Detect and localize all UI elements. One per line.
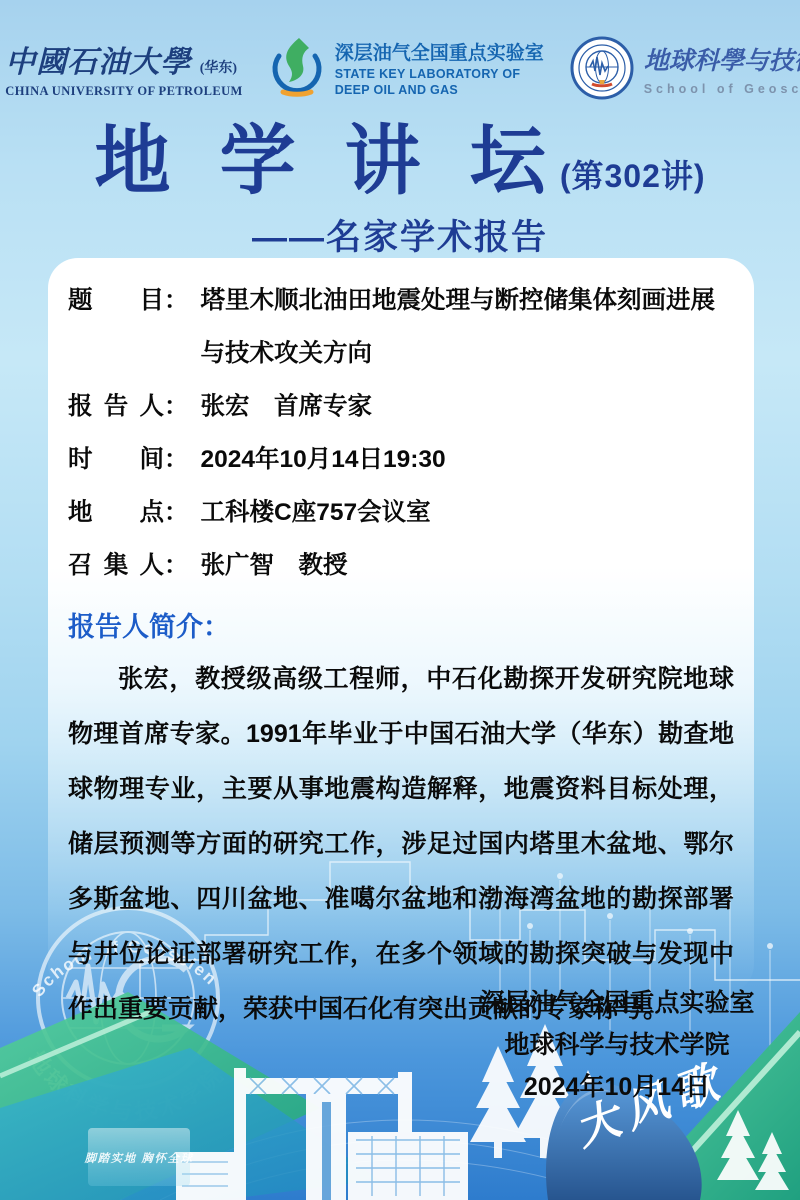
geoscience-logo-group: 地球科學与技術學院 School of Geoscience [570, 36, 800, 100]
lab-flame-drop-icon [269, 34, 325, 102]
cup-name-cn: 中國石油大學 (华东) [5, 37, 242, 81]
row-speaker-value: 张宏 首席专家 [201, 380, 735, 433]
signature-org1: 深层油气全国重点实验室 [466, 982, 768, 1024]
row-location-value: 工科楼C座757会议室 [201, 486, 735, 539]
speaker-biography: 张宏，教授级高级工程师，中石化勘探开发研究院地球物理首席专家。1991年毕业于中… [68, 652, 734, 1037]
row-time-colon: ： [164, 433, 201, 486]
lab-name-en-line1: STATE KEY LABORATORY OF [335, 67, 544, 83]
row-speaker: 报告人 ： 张宏 首席专家 [68, 380, 734, 433]
lab-logo-group: 深层油气全国重点实验室 STATE KEY LABORATORY OF DEEP… [269, 34, 544, 102]
lab-name-en: STATE KEY LABORATORY OF DEEP OIL AND GAS [335, 67, 544, 98]
row-time-value: 2024年10月14日19:30 [201, 433, 735, 486]
signature-block: 深层油气全国重点实验室 地球科学与技术学院 2024年10月14日 [466, 982, 768, 1108]
row-topic-value: 塔里木顺北油田地震处理与断控储集体刻画进展与技术攻关方向 [201, 274, 735, 380]
row-convener-colon: ： [164, 539, 201, 592]
title-block: 地 学 讲 坛(第302讲) ——名家学术报告 [0, 122, 800, 260]
forum-title: 地 学 讲 坛(第302讲) [0, 122, 800, 202]
lab-name-en-line2: DEEP OIL AND GAS [335, 83, 544, 99]
row-location: 地点 ： 工科楼C座757会议室 [68, 486, 734, 539]
cup-campus-suffix: (华东) [200, 61, 237, 76]
row-speaker-colon: ： [164, 380, 201, 433]
lecture-info-card: 题目 ： 塔里木顺北油田地震处理与断控储集体刻画进展与技术攻关方向 报告人 ： … [48, 258, 754, 994]
header-logo-row: 中國石油大學 (华东) CHINA UNIVERSITY OF PETROLEU… [0, 34, 800, 102]
row-location-label: 地点 [68, 486, 164, 539]
row-topic-colon: ： [164, 274, 201, 327]
geoschool-name-en: School of Geoscience [644, 82, 800, 96]
row-speaker-label: 报告人 [68, 380, 164, 433]
lab-name-cn: 深层油气全国重点实验室 [335, 38, 544, 65]
signature-org2: 地球科学与技术学院 [466, 1024, 768, 1066]
row-topic-label: 题目 [68, 274, 164, 327]
geoscience-seal-icon [570, 36, 634, 100]
cup-name-en: CHINA UNIVERSITY OF PETROLEUM [5, 84, 242, 99]
row-time-label: 时间 [68, 433, 164, 486]
forum-episode: (第302讲) [560, 158, 706, 194]
row-convener-value: 张广智 教授 [201, 539, 735, 592]
row-time: 时间 ： 2024年10月14日19:30 [68, 433, 734, 486]
geoschool-name-cn: 地球科學与技術學院 [644, 41, 800, 77]
lecture-poster: 中國石油大學 (华东) CHINA UNIVERSITY OF PETROLEU… [0, 0, 800, 1200]
row-topic: 题目 ： 塔里木顺北油田地震处理与断控储集体刻画进展与技术攻关方向 [68, 274, 734, 380]
forum-subtitle: ——名家学术报告 [0, 210, 800, 260]
row-convener: 召集人 ： 张广智 教授 [68, 539, 734, 592]
row-convener-label: 召集人 [68, 539, 164, 592]
row-location-colon: ： [164, 486, 201, 539]
speaker-intro-label: 报告人简介： [68, 604, 734, 650]
signature-date: 2024年10月14日 [466, 1066, 768, 1108]
motto-panel: 脚踏实地 胸怀全球 [84, 1128, 195, 1186]
motto-watermark: 脚踏实地 胸怀全球 [84, 1152, 195, 1165]
forum-title-text: 地 学 讲 坛 [94, 119, 559, 204]
cup-logo-group: 中國石油大學 (华东) CHINA UNIVERSITY OF PETROLEU… [0, 36, 243, 100]
